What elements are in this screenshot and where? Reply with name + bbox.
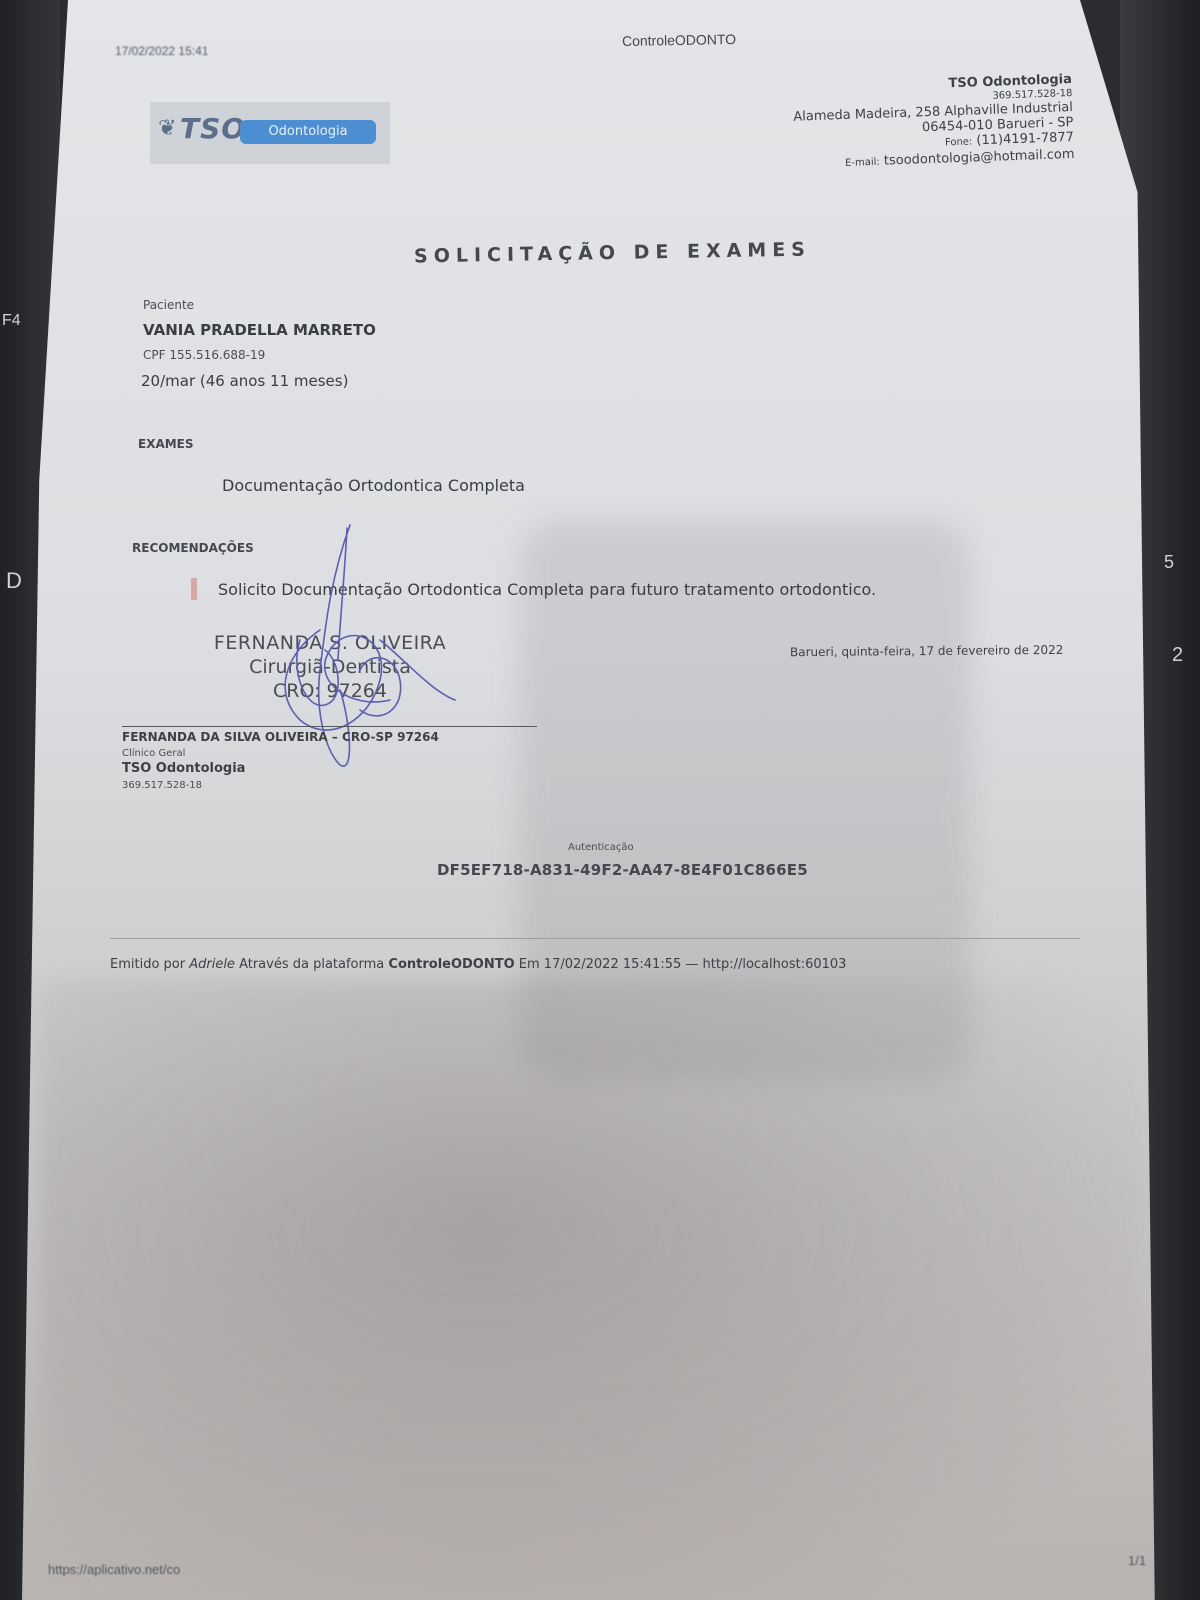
signature-line [122, 726, 537, 727]
logo-mark: TSO [180, 112, 246, 145]
exams-heading: EXAMES [138, 437, 194, 451]
app-title: ControleODONTO [622, 31, 736, 49]
place-date: Barueri, quinta-feira, 17 de fevereiro d… [790, 643, 1063, 659]
platform-name: ControleODONTO [388, 957, 514, 972]
email-label: E-mail: [845, 157, 880, 169]
print-timestamp: 17/02/2022 15:41 [115, 44, 208, 58]
clinic-header: TSO Odontologia 369.517.528-18 Alameda M… [793, 72, 1076, 172]
patient-name: VANIA PRADELLA MARRETO [143, 321, 376, 339]
logo-pill: Odontologia [240, 120, 376, 144]
authentication-label: Autenticação [568, 842, 634, 853]
authentication-code: DF5EF718-A831-49F2-AA47-8E4F01C866E5 [437, 861, 808, 879]
emitted-suffix: Em 17/02/2022 15:41:55 — http://localhos… [515, 957, 847, 972]
phone-label: Fone: [945, 137, 973, 149]
clinic-logo: ❦ TSO Odontologia [150, 102, 390, 164]
emitted-prefix: Emitido por [110, 957, 189, 972]
signer-clinic: TSO Odontologia [122, 761, 245, 776]
phone-value: (11)4191-7877 [977, 130, 1075, 148]
emitted-by-user: Adriele [189, 957, 235, 972]
recommendation-marker [191, 578, 197, 600]
document-title: SOLICITAÇÃO DE EXAMES [414, 239, 811, 268]
signer-cnpj: 369.517.528-18 [122, 780, 202, 791]
emitted-by-line: Emitido por Adriele Através da plataform… [110, 957, 846, 972]
page-url: https://aplicativo.net/co [48, 1562, 180, 1577]
page-number: 1/1 [1128, 1553, 1146, 1568]
patient-label: Paciente [143, 298, 194, 312]
patient-birth-age: 20/mar (46 anos 11 meses) [141, 372, 348, 390]
patient-cpf: CPF 155.516.688-19 [143, 348, 265, 362]
exam-item: Documentação Ortodontica Completa [222, 476, 525, 495]
signer-role: Clínico Geral [122, 748, 185, 759]
signer-name: FERNANDA DA SILVA OLIVEIRA – CRO-SP 9726… [122, 730, 439, 744]
document-content: 17/02/2022 15:41 ControleODONTO ❦ TSO Od… [0, 0, 1200, 1600]
footer-divider [110, 938, 1080, 939]
tooth-icon: ❦ [158, 116, 176, 141]
emitted-mid: Através da plataforma [235, 957, 388, 972]
